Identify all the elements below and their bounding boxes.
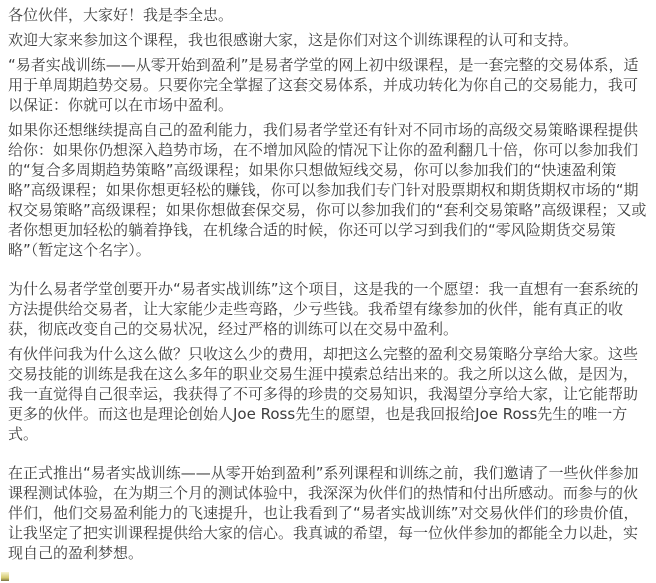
- paragraph-why-share: 有伙伴问我为什么这么做？只收这么少的费用，却把这么完整的盈利交易策略分享给大家。…: [8, 344, 648, 444]
- paragraph-greeting: 各位伙伴，大家好！我是李全忠。: [8, 5, 648, 25]
- paragraph-advanced-courses: 如果你还想继续提高自己的盈利能力，我们易者学堂还有针对不同市场的高级交易策略课程…: [8, 120, 648, 260]
- paragraph-course-intro: “易者实战训练——从零开始到盈利”是易者学堂的网上初中级课程，是一套完整的交易体…: [8, 55, 648, 115]
- document-page: 各位伙伴，大家好！我是李全忠。 欢迎大家来参加这个课程，我也很感谢大家，这是你们…: [0, 0, 656, 583]
- paragraph-why-project: 为什么易者学堂创要开办“易者实战训练”这个项目，这是我的一个愿望：我一直想有一套…: [8, 279, 648, 339]
- corner-artifact-mark: [1, 572, 9, 581]
- paragraph-beta-test: 在正式推出“易者实战训练——从零开始到盈利”系列课程和训练之前，我们邀请了一些伙…: [8, 463, 648, 563]
- paragraph-welcome: 欢迎大家来参加这个课程，我也很感谢大家，这是你们对这个训练课程的认可和支持。: [8, 30, 648, 50]
